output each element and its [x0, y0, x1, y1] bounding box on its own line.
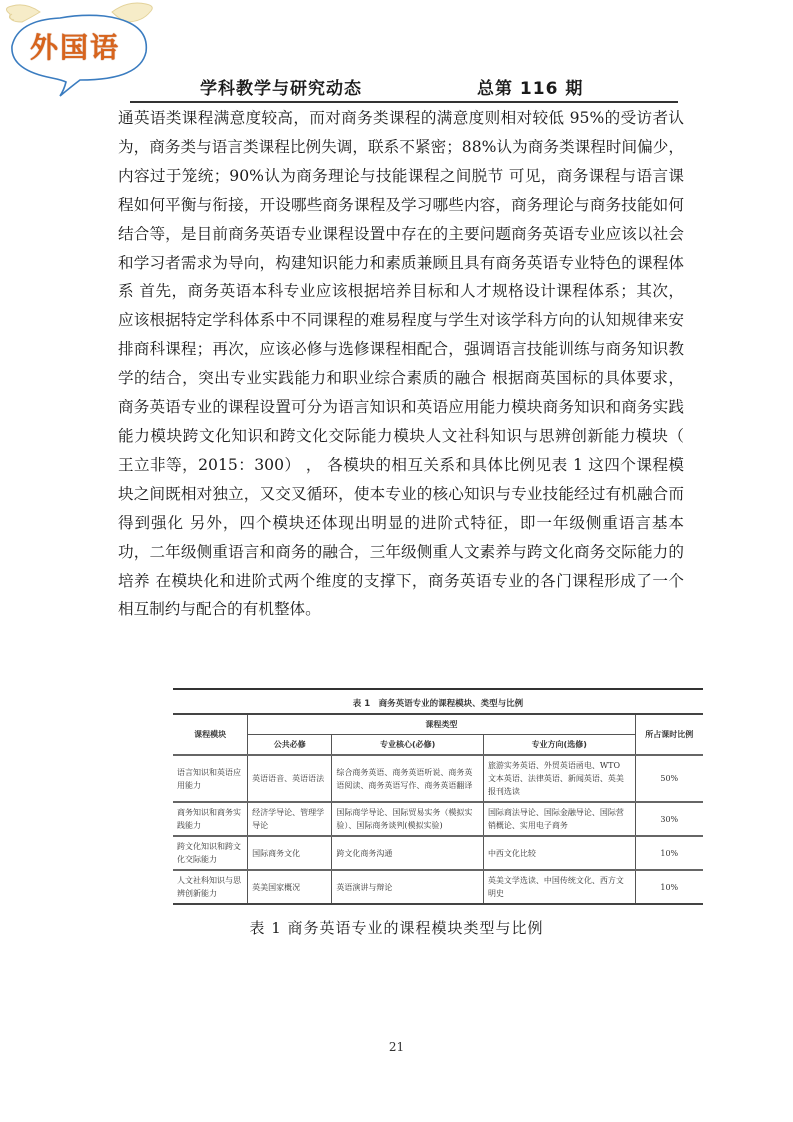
page-number: 21: [0, 1040, 793, 1054]
cell-ratio: 50%: [635, 755, 703, 802]
cell-public: 经济学导论、管理学导论: [248, 802, 332, 836]
header-direction: 专业方向(选修): [483, 735, 635, 756]
cell-direction: 中西文化比较: [483, 836, 635, 870]
cell-core: 英语演讲与辩论: [332, 870, 484, 904]
cell-core: 跨文化商务沟通: [332, 836, 484, 870]
cell-module: 商务知识和商务实践能力: [173, 802, 248, 836]
table-row: 人文社科知识与思辨创新能力 英美国家概况 英语演讲与辩论 英美文学选读、中国传统…: [173, 870, 703, 904]
cell-public: 英语语音、英语语法: [248, 755, 332, 802]
table: 课程模块 课程类型 所占课时比例 公共必修 专业核心(必修) 专业方向(选修) …: [173, 713, 703, 905]
logo-text: 外国语: [30, 26, 120, 66]
table-row: 语言知识和英语应用能力 英语语音、英语语法 综合商务英语、商务英语听说、商务英语…: [173, 755, 703, 802]
cell-core: 综合商务英语、商务英语听说、商务英语阅读、商务英语写作、商务英语翻译: [332, 755, 484, 802]
body-paragraph: 通英语类课程满意度较高，而对商务类课程的满意度则相对较低 95%的受访者认为，商…: [118, 104, 684, 624]
cell-direction: 旅游实务英语、外贸英语函电、WTO 文本英语、法律英语、新闻英语、英美报刊选读: [483, 755, 635, 802]
header-divider: [130, 101, 678, 103]
issue-number: 总第 116 期: [477, 74, 583, 99]
table-title: 表 1 商务英语专业的课程模块、类型与比例: [173, 690, 703, 713]
cell-ratio: 10%: [635, 836, 703, 870]
table-row: 跨文化知识和跨文化交际能力 国际商务文化 跨文化商务沟通 中西文化比较 10%: [173, 836, 703, 870]
cell-module: 人文社科知识与思辨创新能力: [173, 870, 248, 904]
header-public: 公共必修: [248, 735, 332, 756]
page-header: 学科教学与研究动态 总第 116 期: [130, 72, 678, 102]
header-core: 专业核心(必修): [332, 735, 484, 756]
cell-core: 国际商学导论、国际贸易实务（模拟实验）、国际商务谈判(模拟实验): [332, 802, 484, 836]
header-module: 课程模块: [173, 714, 248, 755]
cell-direction: 国际商法导论、国际金融导论、国际营销概论、实用电子商务: [483, 802, 635, 836]
cell-public: 英美国家概况: [248, 870, 332, 904]
cell-ratio: 30%: [635, 802, 703, 836]
table-row: 商务知识和商务实践能力 经济学导论、管理学导论 国际商学导论、国际贸易实务（模拟…: [173, 802, 703, 836]
cell-public: 国际商务文化: [248, 836, 332, 870]
journal-title: 学科教学与研究动态: [200, 74, 362, 99]
body-paragraph-block: 通英语类课程满意度较高，而对商务类课程的满意度则相对较低 95%的受访者认为，商…: [118, 104, 684, 624]
cell-direction: 英美文学选读、中国传统文化、西方文明史: [483, 870, 635, 904]
header-ratio: 所占课时比例: [635, 714, 703, 755]
header-course-type: 课程类型: [248, 714, 635, 735]
cell-ratio: 10%: [635, 870, 703, 904]
cell-module: 跨文化知识和跨文化交际能力: [173, 836, 248, 870]
table-caption: 表 1 商务英语专业的课程模块类型与比例: [0, 917, 793, 938]
course-module-table: 表 1 商务英语专业的课程模块、类型与比例 课程模块 课程类型 所占课时比例 公…: [173, 688, 703, 905]
cell-module: 语言知识和英语应用能力: [173, 755, 248, 802]
